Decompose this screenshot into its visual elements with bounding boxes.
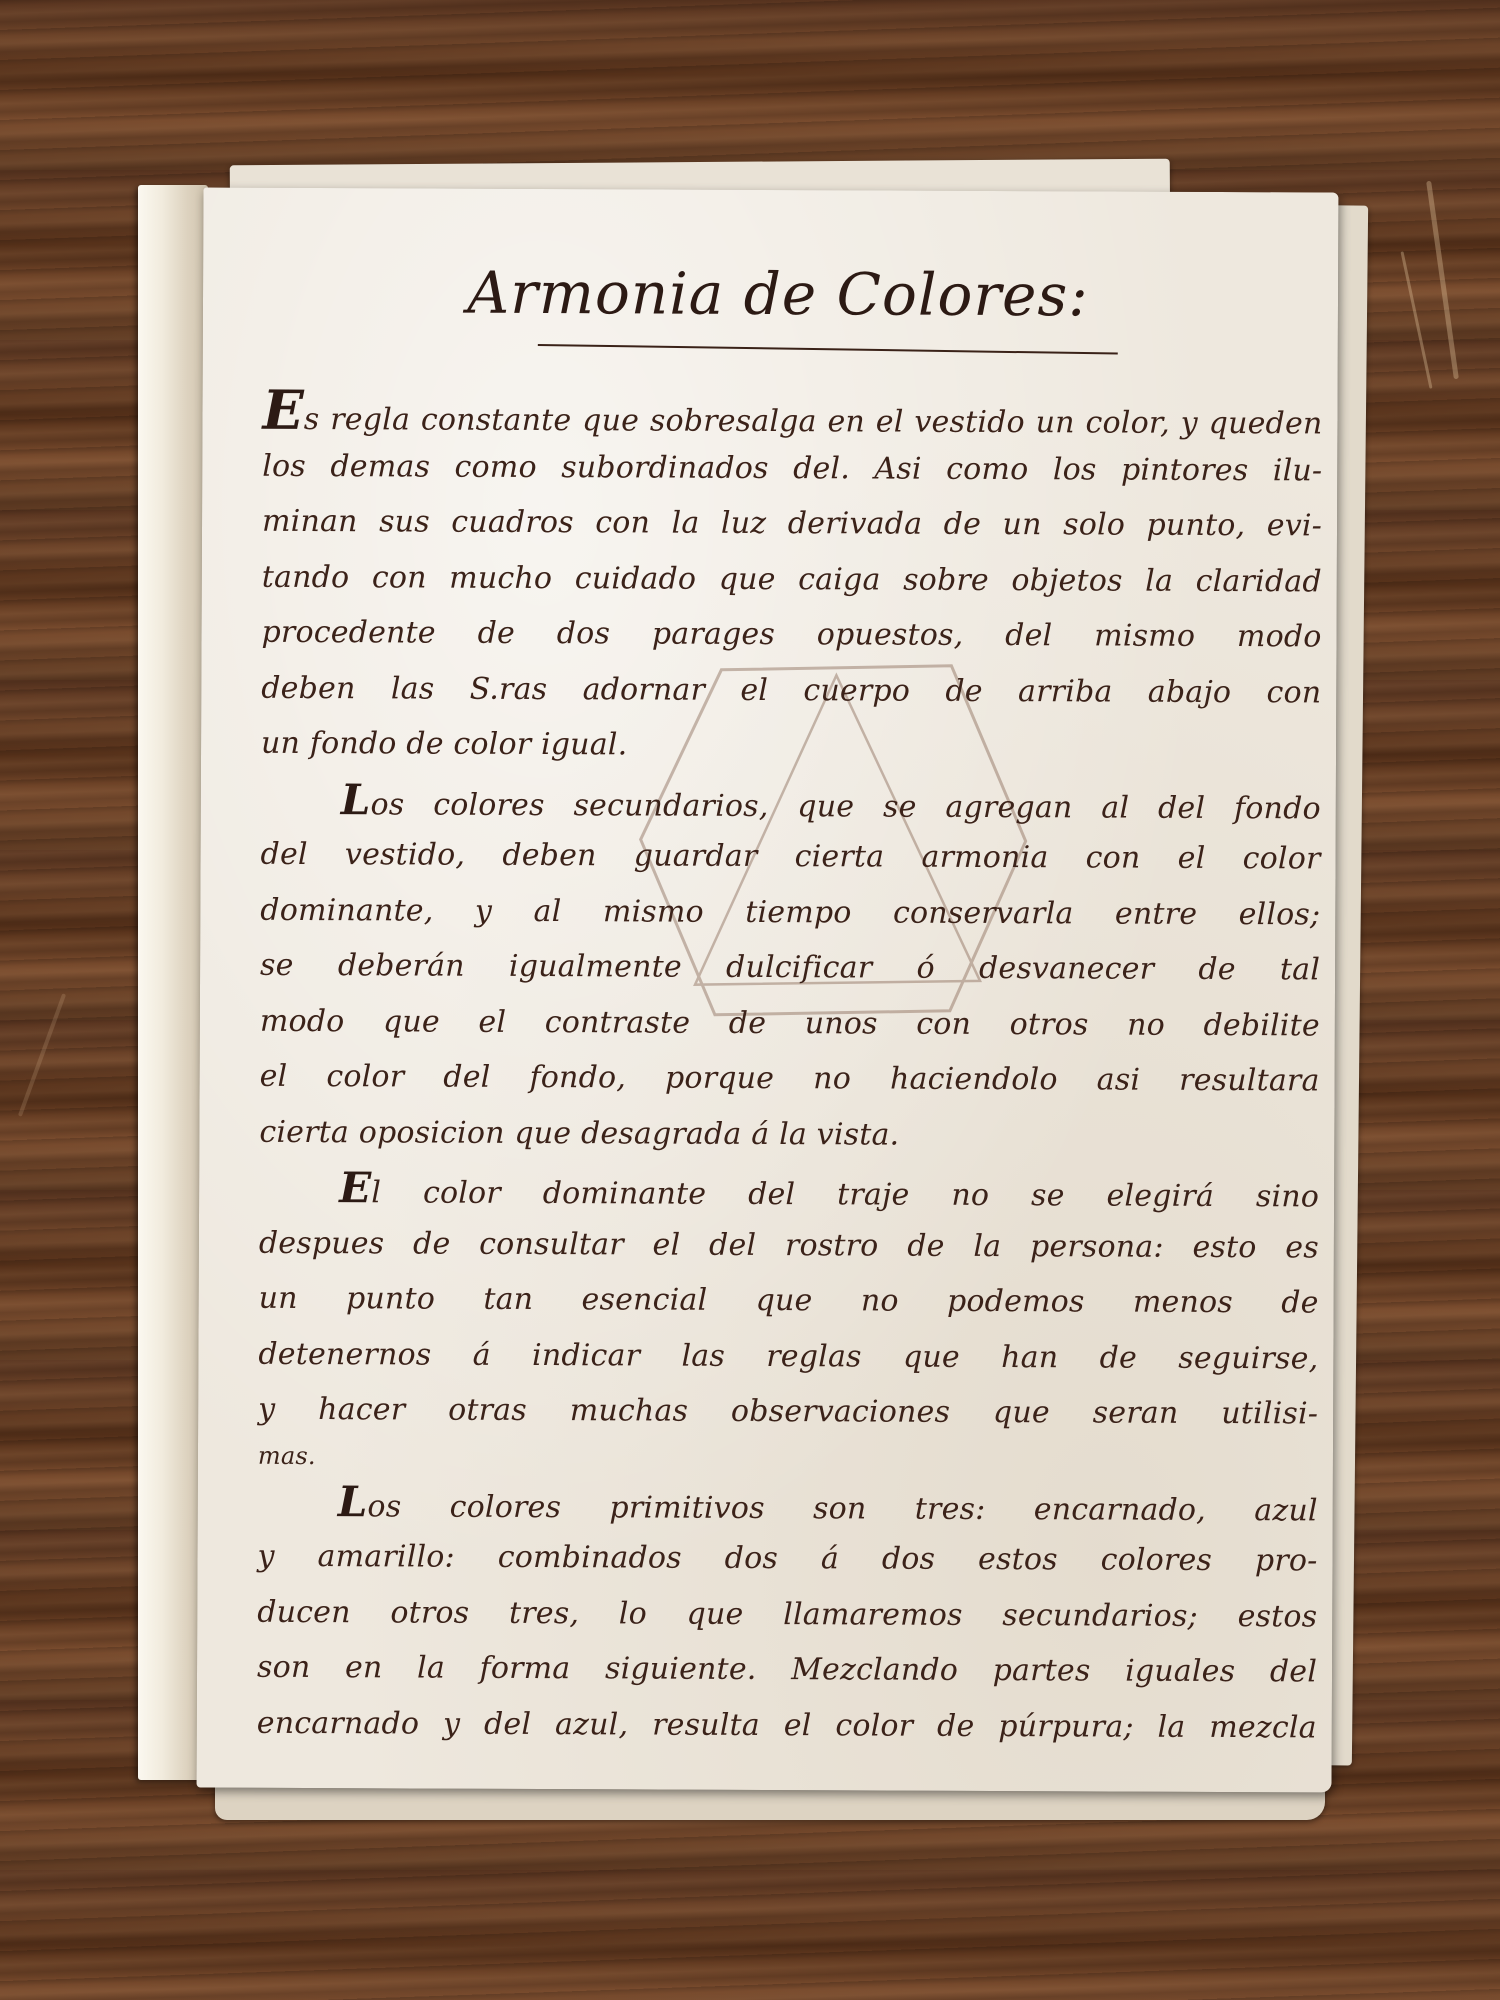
line-text: modo que el contraste de unos con otros …	[260, 1003, 1320, 1043]
table-scratch	[1426, 181, 1459, 380]
line-text: encarnado y del azul, resulta el color d…	[257, 1705, 1317, 1745]
text-line: un punto tan esencial que no podemos men…	[259, 1271, 1319, 1331]
title-colon: :	[1068, 261, 1089, 329]
line-text: os colores primitivos son tres: encarnad…	[367, 1489, 1317, 1528]
text-line: mas.	[258, 1437, 1318, 1478]
text-line: Es regla constante que sobresalga en el …	[262, 383, 1322, 443]
text-line: El color dominante del traje no se elegi…	[259, 1160, 1319, 1220]
text-line: y hacer otras muchas observaciones que s…	[258, 1382, 1318, 1442]
text-line: cierta oposicion que desagrada á la vist…	[259, 1104, 1319, 1164]
line-text: son en la forma siguiente. Mezclando par…	[257, 1650, 1317, 1690]
title-text: Armonia de Colores	[467, 259, 1068, 330]
text-line: tando con mucho cuidado que caiga sobre …	[262, 549, 1322, 609]
table-scratch	[1400, 251, 1432, 389]
line-text: s regla constante que sobresalga en el v…	[304, 402, 1323, 441]
line-text: un punto tan esencial que no podemos men…	[259, 1281, 1319, 1321]
text-line: Los colores secundarios, que se agregan …	[261, 771, 1321, 831]
text-line: ducen otros tres, lo que llamaremos secu…	[257, 1584, 1317, 1644]
text-line: el color del fondo, porque no haciendolo…	[259, 1049, 1319, 1109]
drop-cap: L	[341, 775, 371, 824]
text-line: son en la forma siguiente. Mezclando par…	[257, 1640, 1317, 1700]
text-line: Los colores primitivos son tres: encarna…	[258, 1473, 1318, 1533]
text-line: del vestido, deben guardar cierta armoni…	[260, 827, 1320, 887]
line-text: un fondo de color igual.	[261, 726, 627, 763]
line-text: l color dominante del traje no se elegir…	[371, 1175, 1319, 1214]
line-text: detenernos á indicar las reglas que han …	[258, 1336, 1318, 1376]
line-text: ducen otros tres, lo que llamaremos secu…	[257, 1594, 1317, 1634]
drop-cap: E	[339, 1163, 371, 1212]
text-line: encarnado y del azul, resulta el color d…	[257, 1695, 1317, 1755]
manuscript-body: Es regla constante que sobresalga en el …	[257, 383, 1323, 1756]
text-line: despues de consultar el del rostro de la…	[259, 1215, 1319, 1275]
text-line: dominante, y al mismo tiempo conservarla…	[260, 882, 1320, 942]
title-underline	[538, 344, 1118, 355]
text-line: un fondo de color igual.	[261, 716, 1321, 776]
text-line: detenernos á indicar las reglas que han …	[258, 1326, 1318, 1386]
text-line: se deberán igualmente dulcificar ó desva…	[260, 938, 1320, 998]
line-text: deben las S.ras adornar el cuerpo de arr…	[261, 670, 1321, 710]
line-text: dominante, y al mismo tiempo conservarla…	[260, 892, 1320, 932]
line-text: minan sus cuadros con la luz derivada de…	[262, 504, 1322, 544]
line-text: el color del fondo, porque no haciendolo…	[260, 1059, 1320, 1099]
line-text: procedente de dos parages opuestos, del …	[261, 615, 1321, 655]
line-text: cierta oposicion que desagrada á la vist…	[259, 1114, 899, 1152]
drop-cap: L	[338, 1477, 368, 1526]
line-text: los demas como subordinados del. Asi com…	[262, 448, 1322, 488]
line-text: os colores secundarios, que se agregan a…	[370, 787, 1320, 826]
text-line: y amarillo: combinados dos á dos estos c…	[257, 1529, 1317, 1589]
line-text: y hacer otras muchas observaciones que s…	[258, 1392, 1318, 1432]
line-text: se deberán igualmente dulcificar ó desva…	[260, 948, 1320, 988]
text-line: los demas como subordinados del. Asi com…	[262, 438, 1322, 498]
line-text: tando con mucho cuidado que caiga sobre …	[262, 559, 1322, 599]
manuscript-page: Armonia de Colores: Es regla constante q…	[197, 188, 1339, 1793]
text-line: deben las S.ras adornar el cuerpo de arr…	[261, 660, 1321, 720]
text-line: procedente de dos parages opuestos, del …	[261, 605, 1321, 665]
table-scratch	[18, 993, 66, 1117]
line-text: del vestido, deben guardar cierta armoni…	[261, 837, 1321, 877]
line-text: mas.	[258, 1441, 316, 1469]
text-line: minan sus cuadros con la luz derivada de…	[262, 494, 1322, 554]
page-title: Armonia de Colores:	[433, 259, 1123, 330]
line-text: despues de consultar el del rostro de la…	[259, 1225, 1319, 1265]
drop-cap: E	[262, 378, 304, 442]
line-text: y amarillo: combinados dos á dos estos c…	[257, 1539, 1317, 1579]
text-line: modo que el contraste de unos con otros …	[260, 993, 1320, 1053]
